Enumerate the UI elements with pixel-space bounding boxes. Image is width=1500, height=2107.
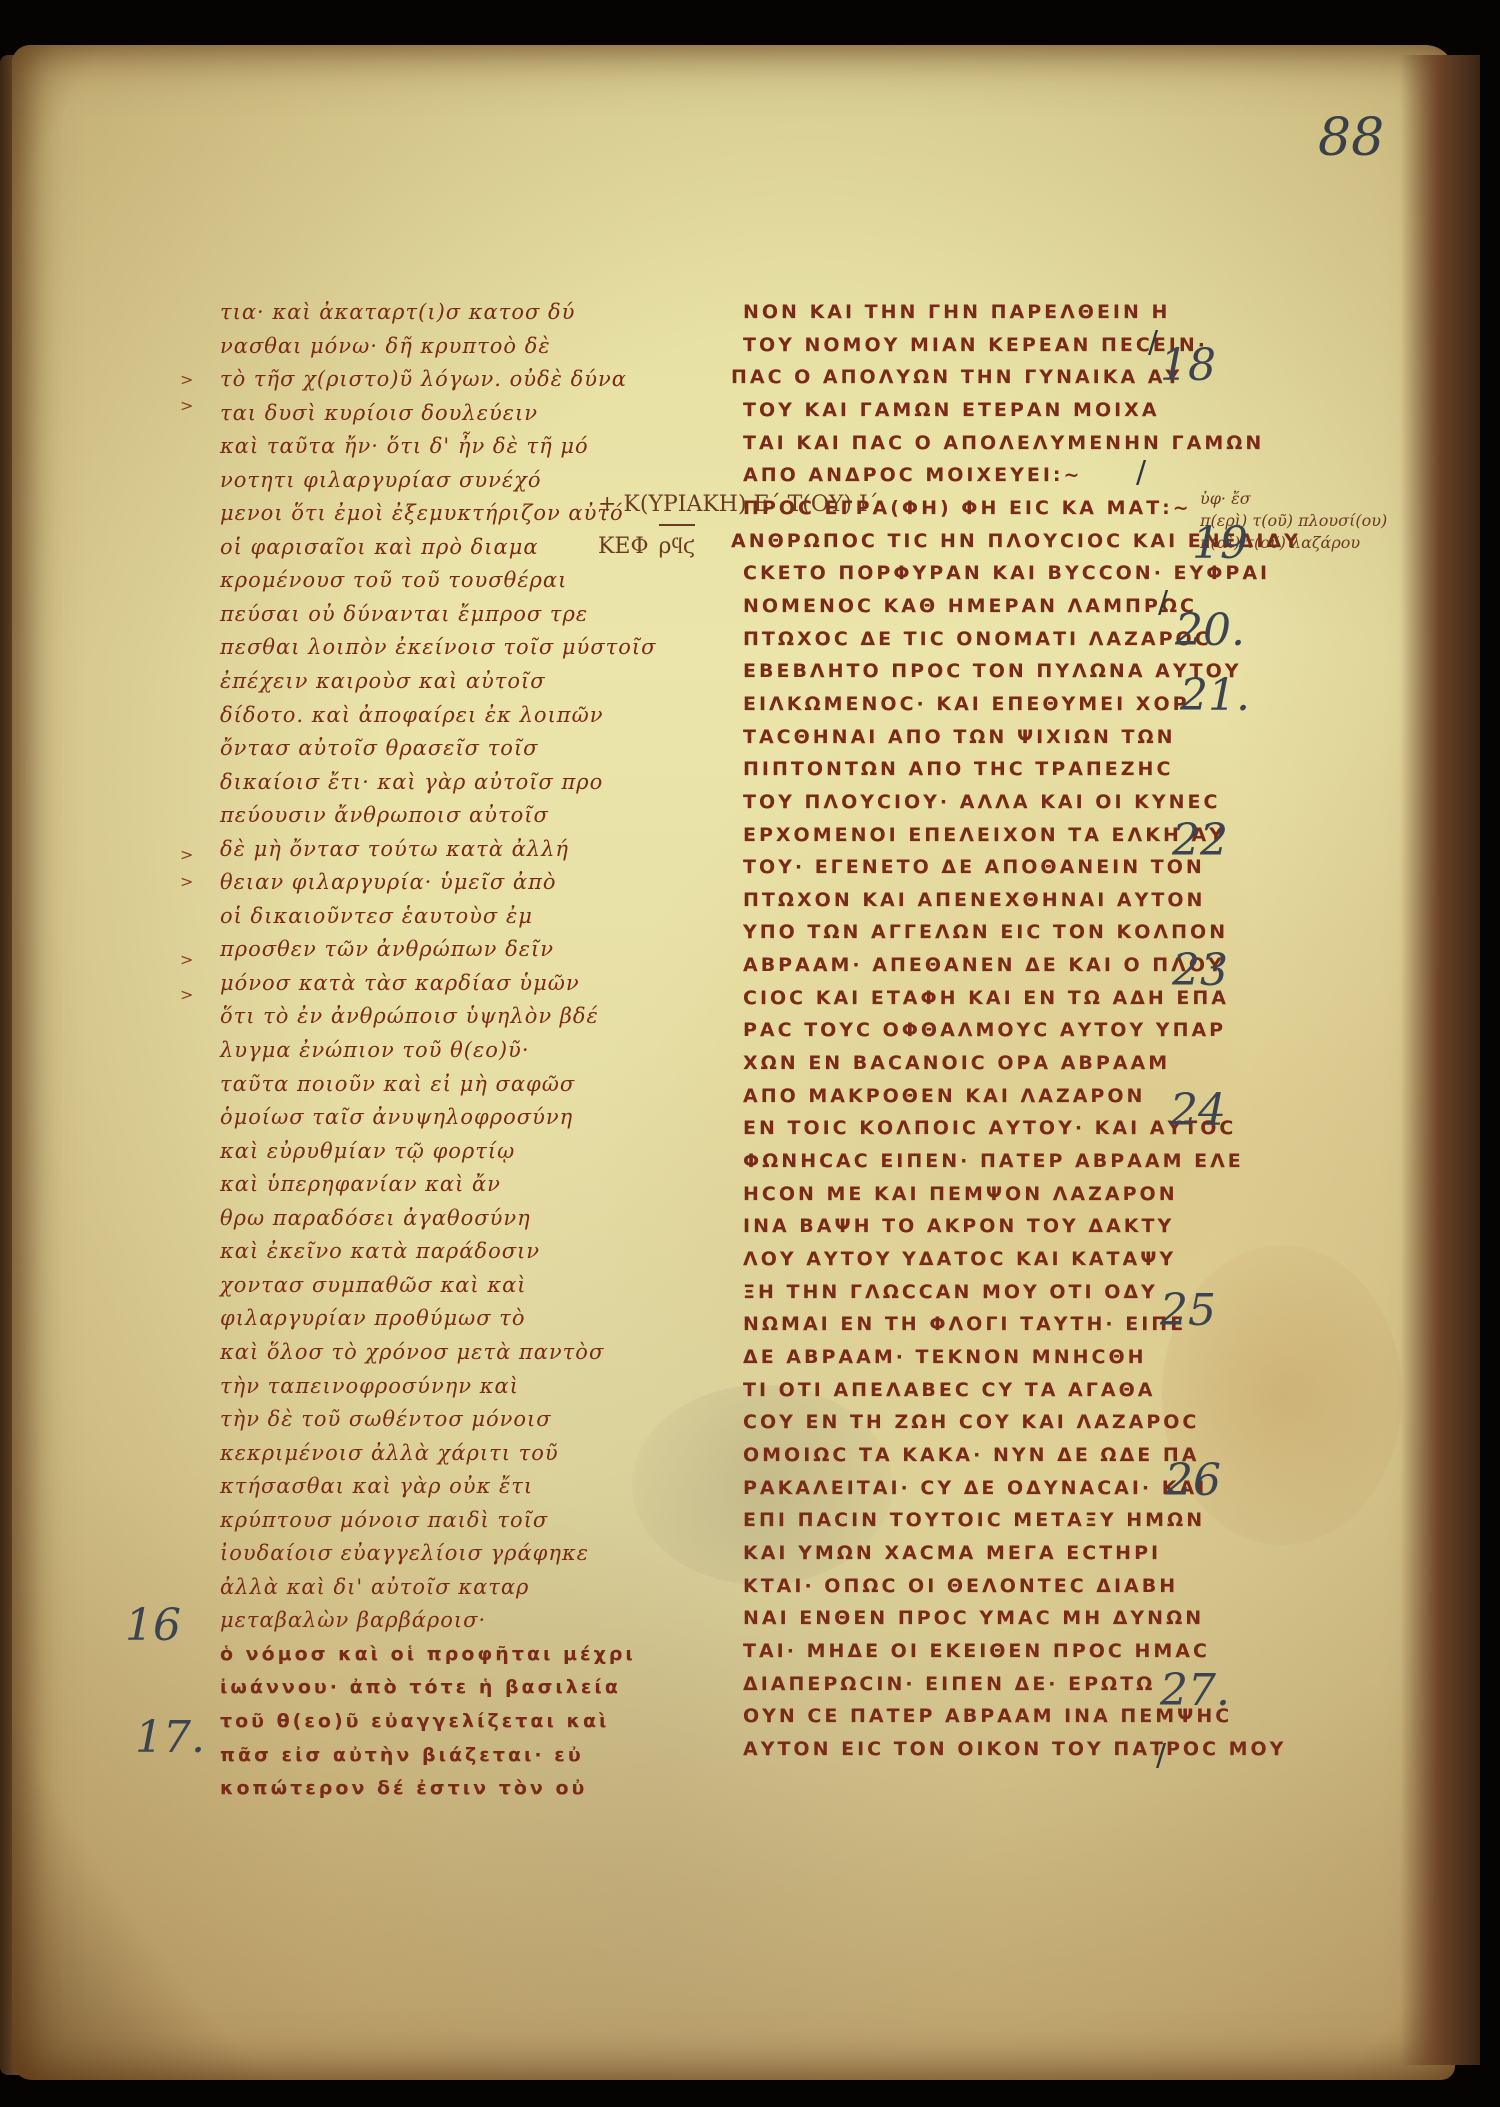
scripture-line: ΔΙΑΠΕΡΩϹΙΝ· ΕΙΠΕΝ ΔΕ· ΕΡΩΤΩ (743, 1668, 1163, 1701)
scripture-line: πᾶσ εἰσ αὐτὴν βιάζεται· εὐ (220, 1739, 600, 1773)
scripture-line: ΤΟΥ ΠΛΟΥϹΙΟΥ· ΑΛΛΑ ΚΑΙ ΟΙ ΚΥΝΕϹ (743, 786, 1163, 819)
commentary-line: καὶ ὑπερηφανίαν καὶ ἄν (220, 1168, 600, 1202)
scripture-line: ΑΥΤΟΝ ΕΙϹ ΤΟΝ ΟΙΚΟΝ ΤΟΥ ΠΑΤΡΟϹ ΜΟΥ (743, 1733, 1163, 1766)
scripture-line: ΦΩΝΗϹΑϹ ΕΙΠΕΝ· ΠΑΤΕΡ ΑΒΡΑΑΜ ΕΛΕ (743, 1145, 1163, 1178)
verse-number: 22 (1172, 815, 1228, 866)
commentary-line: ἰουδαίοισ εὐαγγελίοισ γράφηκε (220, 1537, 600, 1571)
commentary-line: ἐπέχειν καιροὺσ καὶ αὐτοῖσ (220, 665, 600, 699)
scripture-line: ΤΑΙ· ΜΗΔΕ ΟΙ ΕΚΕΙΘΕΝ ΠΡΟϹ ΗΜΑϹ (743, 1635, 1163, 1668)
verse-number: 27. (1160, 1665, 1230, 1716)
commentary-line: ὁμοίωσ ταῖσ ἀνυψηλοφροσύνη (220, 1101, 600, 1135)
commentary-line: δὲ μὴ ὄντασ τούτω κατὰ ἀλλή (220, 833, 600, 867)
lectionary-gloss: + Κ(ΥΡΙΑΚΗ) Ε΄ Τ(ΟΥ) Ι΄ ΚΕΦρϥϛ (598, 486, 879, 566)
verse-number: 17. (135, 1712, 205, 1763)
scripture-line: ΕΙΛΚΩΜΕΝΟϹ· ΚΑΙ ΕΠΕΘΥΜΕΙ ΧΟΡ (743, 688, 1163, 721)
scripture-line: ΤΟΥ ΝΟΜΟΥ ΜΙΑΝ ΚΕΡΕΑΝ ΠΕϹΕΙΝ· (743, 329, 1163, 362)
scripture-line: ΚΑΙ ΥΜΩΝ ΧΑϹΜΑ ΜΕΓΑ ΕϹΤΗΡΙ (743, 1537, 1163, 1570)
scripture-line: ΤΙ ΟΤΙ ΑΠΕΛΑΒΕϹ ϹΥ ΤΑ ΑΓΑΘΑ (743, 1374, 1163, 1407)
commentary-line: καὶ ταῦτα ἤν· ὅτι δ' ἦν δὲ τῆ μό (220, 430, 600, 464)
verse-number: 18 (1160, 340, 1216, 391)
scripture-line: ΕΒΕΒΛΗΤΟ ΠΡΟϹ ΤΟΝ ΠΥΛΩΝΑ ΑΥΤΟΥ (743, 655, 1163, 688)
scripture-line: ΑΠΟ ΜΑΚΡΟΘΕΝ ΚΑΙ ΛΑΖΑΡΟΝ (743, 1080, 1163, 1113)
commentary-line: θειαν φιλαργυρία· ὑμεῖσ ἀπὸ (220, 866, 600, 900)
scripture-line: ΤΑΙ ΚΑΙ ΠΑϹ Ο ΑΠΟΛΕΛΥΜΕΝΗΝ ΓΑΜΩΝ (743, 427, 1163, 460)
verse-number: 21. (1180, 670, 1250, 721)
scripture-line: ΛΟΥ ΑΥΤΟΥ ΥΔΑΤΟϹ ΚΑΙ ΚΑΤΑΨΥ (743, 1243, 1163, 1276)
gloss-number: ρϥϛ (659, 524, 696, 566)
commentary-line: ται δυσὶ κυρίοισ δουλεύειν (220, 397, 600, 431)
scripture-line: τοῦ θ(εο)ῦ εὐαγγελίζεται καὶ (220, 1705, 600, 1739)
commentary-line: ὄντασ αὐτοῖσ θρασεῖσ τοῖσ (220, 732, 600, 766)
commentary-line: τὴν δὲ τοῦ σωθέντοσ μόνοισ (220, 1403, 600, 1437)
commentary-line: πεσθαι λοιπὸν ἐκείνοισ τοῖσ μύστοῖσ (220, 631, 600, 665)
commentary-line: χοντασ συμπαθῶσ καὶ καὶ (220, 1269, 600, 1303)
scripture-line: ΕΝ ΤΟΙϹ ΚΟΛΠΟΙϹ ΑΥΤΟΥ· ΚΑΙ ΑΥΤΟϹ (743, 1112, 1163, 1145)
commentary-line: καὶ ὅλοσ τὸ χρόνοσ μετὰ παντὸσ (220, 1336, 600, 1370)
commentary-line: θρω παραδόσει ἀγαθοσύνη (220, 1202, 600, 1236)
scripture-line: ΞΗ ΤΗΝ ΓΛΩϹϹΑΝ ΜΟΥ ΟΤΙ ΟΔΥ (743, 1276, 1163, 1309)
scripture-line: ΠΑϹ Ο ΑΠΟΛΥΩΝ ΤΗΝ ΓΥΝΑΙΚΑ ΑΥ (731, 361, 1163, 394)
scripture-line: κοπώτερον δέ ἐστιν τὸν οὐ (220, 1772, 600, 1806)
verse-number: 23 (1172, 945, 1228, 996)
commentary-line: λυγμα ἐνώπιον τοῦ θ(εο)ῦ· (220, 1034, 600, 1068)
scripture-line: ΡΑϹ ΤΟΥϹ ΟΦΘΑΛΜΟΥϹ ΑΥΤΟΥ ΥΠΑΡ (743, 1014, 1163, 1047)
commentary-line: οἱ δικαιοῦντεσ ἑαυτοὺσ ἐμ (220, 900, 600, 934)
scripture-line: ΤΑϹΘΗΝΑΙ ΑΠΟ ΤΩΝ ΨΙΧΙΩΝ ΤΩΝ (743, 721, 1163, 754)
scripture-line: ΙΝΑ ΒΑΨΗ ΤΟ ΑΚΡΟΝ ΤΟΥ ΔΑΚΤΥ (743, 1210, 1163, 1243)
scripture-line: ΝΩΜΑΙ ΕΝ ΤΗ ΦΛΟΓΙ ΤΑΥΤΗ· ΕΙΠΕ (743, 1308, 1163, 1341)
margin-tick: / (1148, 325, 1158, 360)
scripture-line: ἰωάννου· ἀπὸ τότε ἡ βασιλεία (220, 1671, 600, 1705)
scripture-line: ΔΕ ΑΒΡΑΑΜ· ΤΕΚΝΟΝ ΜΝΗϹΘΗ (743, 1341, 1163, 1374)
commentary-line: κρομένουσ τοῦ τοῦ τουσθέραι (220, 564, 600, 598)
margin-tick: / (1156, 1738, 1166, 1773)
commentary-line: πεύσαι οὐ δύνανται ἔμπροσ τρε (220, 598, 600, 632)
scripture-line: ΟΥΝ ϹΕ ΠΑΤΕΡ ΑΒΡΑΑΜ ΙΝΑ ΠΕΜΨΗϹ (743, 1700, 1163, 1733)
commentary-line: κεκριμένοισ ἀλλὰ χάριτι τοῦ (220, 1437, 600, 1471)
quotation-marker: > (180, 872, 193, 891)
commentary-line: προσθεν τῶν ἀνθρώπων δεῖν (220, 933, 600, 967)
scripture-line: ΝΟΜΕΝΟϹ ΚΑΘ ΗΜΕΡΑΝ ΛΑΜΠΡΩϹ (743, 590, 1163, 623)
margin-tick: / (1136, 455, 1146, 490)
commentary-line: τια· καὶ ἀκαταρτ(ι)σ κατοσ δύ (220, 296, 600, 330)
verse-number: 25 (1160, 1285, 1216, 1336)
commentary-line: ταῦτα ποιοῦν καὶ εἰ μὴ σαφῶσ (220, 1068, 600, 1102)
folio-number: 88 (1318, 108, 1384, 168)
scripture-line: ὁ νόμοσ καὶ οἱ προφῆται μέχρι (220, 1638, 600, 1672)
commentary-line: πεύουσιν ἄνθρωποισ αὐτοῖσ (220, 799, 600, 833)
verse-number: 16 (125, 1600, 181, 1651)
verse-number: 24 (1170, 1085, 1226, 1136)
quotation-marker: > (180, 396, 193, 415)
commentary-line: μενοι ὅτι ἐμοὶ ἐξεμυκτήριζον αὐτό (220, 497, 600, 531)
commentary-line: κτήσασθαι καὶ γὰρ οὐκ ἔτι (220, 1470, 600, 1504)
gloss-line: ὑφ· ἔσ (1200, 488, 1387, 510)
commentary-line: φιλαργυρίαν προθύμωσ τὸ (220, 1302, 600, 1336)
margin-tick: / (1158, 585, 1168, 620)
scripture-line: ΡΑΚΑΛΕΙΤΑΙ· ϹΥ ΔΕ ΟΔΥΝΑϹΑΙ· ΚΑΙ (743, 1472, 1163, 1505)
scripture-line: ΧΩΝ ΕΝ ΒΑϹΑΝΟΙϹ ΟΡΑ ΑΒΡΑΑΜ (743, 1047, 1163, 1080)
scripture-line: ΥΠΟ ΤΩΝ ΑΓΓΕΛΩΝ ΕΙϹ ΤΟΝ ΚΟΛΠΟΝ (743, 916, 1163, 949)
scripture-line: ΑΒΡΑΑΜ· ΑΠΕΘΑΝΕΝ ΔΕ ΚΑΙ Ο ΠΛΟΥ (743, 949, 1163, 982)
scripture-line: ΚΤΑΙ· ΟΠΩϹ ΟΙ ΘΕΛΟΝΤΕϹ ΔΙΑΒΗ (743, 1570, 1163, 1603)
scripture-line: ΤΟΥ· ΕΓΕΝΕΤΟ ΔΕ ΑΠΟΘΑΝΕΙΝ ΤΟΝ (743, 851, 1163, 884)
scripture-line: ΠΤΩΧΟϹ ΔΕ ΤΙϹ ΟΝΟΜΑΤΙ ΛΑΖΑΡΟϹ (743, 623, 1163, 656)
scripture-line: ΕΠΙ ΠΑϹΙΝ ΤΟΥΤΟΙϹ ΜΕΤΑΞΥ ΗΜΩΝ (743, 1504, 1163, 1537)
left-column-commentary: τια· καὶ ἀκαταρτ(ι)σ κατοσ δύνασθαι μόνω… (220, 296, 600, 1806)
commentary-line: μόνοσ κατὰ τὰσ καρδίασ ὑμῶν (220, 967, 600, 1001)
scripture-line: ΠΤΩΧΟΝ ΚΑΙ ΑΠΕΝΕΧΘΗΝΑΙ ΑΥΤΟΝ (743, 884, 1163, 917)
quotation-marker: > (180, 950, 193, 969)
scripture-line: ΝΟΝ ΚΑΙ ΤΗΝ ΓΗΝ ΠΑΡΕΛΘΕΙΝ Η (743, 296, 1163, 329)
verse-number: 26 (1165, 1455, 1221, 1506)
commentary-line: νοτητι φιλαργυρίασ συνέχό (220, 464, 600, 498)
verse-number: 19 (1192, 518, 1248, 569)
scripture-line: ΕΡΧΟΜΕΝΟΙ ΕΠΕΛΕΙΧΟΝ ΤΑ ΕΛΚΗ ΑΥ (743, 819, 1163, 852)
quotation-marker: > (180, 845, 193, 864)
scripture-line: ΠΙΠΤΟΝΤΩΝ ΑΠΟ ΤΗϹ ΤΡΑΠΕΖΗϹ (743, 753, 1163, 786)
commentary-line: οἱ φαρισαῖοι καὶ πρὸ διαμα (220, 531, 600, 565)
commentary-line: κρύπτουσ μόνοισ παιδὶ τοῖσ (220, 1504, 600, 1538)
commentary-line: καὶ ἐκεῖνο κατὰ παράδοσιν (220, 1235, 600, 1269)
gloss-kephalaion: ΚΕΦ (598, 534, 649, 559)
page-edge (1400, 55, 1480, 2065)
commentary-line: ὅτι τὸ ἐν ἀνθρώποισ ὑψηλὸν βδέ (220, 1000, 600, 1034)
scripture-line: ϹΙΟϹ ΚΑΙ ΕΤΑΦΗ ΚΑΙ ΕΝ ΤΩ ΑΔΗ ΕΠΑ (743, 982, 1163, 1015)
commentary-line: καὶ εὐρυθμίαν τῷ φορτίῳ (220, 1135, 600, 1169)
scripture-line: ϹΟΥ ΕΝ ΤΗ ΖΩΗ ϹΟΥ ΚΑΙ ΛΑΖΑΡΟϹ (743, 1406, 1163, 1439)
scripture-line: ΗϹΟΝ ΜΕ ΚΑΙ ΠΕΜΨΟΝ ΛΑΖΑΡΟΝ (743, 1178, 1163, 1211)
commentary-line: νασθαι μόνω· δῆ κρυπτοὸ δὲ (220, 330, 600, 364)
quotation-marker: > (180, 985, 193, 1004)
commentary-line: ἀλλὰ καὶ δι' αὐτοῖσ καταρ (220, 1571, 600, 1605)
scripture-line: ΝΑΙ ΕΝΘΕΝ ΠΡΟϹ ΥΜΑϹ ΜΗ ΔΥΝΩΝ (743, 1602, 1163, 1635)
commentary-line: τὴν ταπεινοφροσύνην καὶ (220, 1370, 600, 1404)
commentary-line: δικαίοισ ἔτι· καὶ γὰρ αὐτοῖσ προ (220, 766, 600, 800)
verse-number: 20. (1175, 605, 1245, 656)
commentary-line: μεταβαλὼν βαρβάροισ· (220, 1604, 600, 1638)
gloss-line: + Κ(ΥΡΙΑΚΗ) Ε΄ Τ(ΟΥ) Ι΄ (598, 486, 879, 524)
quotation-marker: > (180, 370, 193, 389)
scripture-line: ΤΟΥ ΚΑΙ ΓΑΜΩΝ ΕΤΕΡΑΝ ΜΟΙΧΑ (743, 394, 1163, 427)
commentary-line: δίδοτο. καὶ ἀποφαίρει ἐκ λοιπῶν (220, 699, 600, 733)
commentary-line: τὸ τῆσ χ(ριστο)ῦ λόγων. οὐδὲ δύνα (220, 363, 600, 397)
scripture-line: ΟΜΟΙΩϹ ΤΑ ΚΑΚΑ· ΝΥΝ ΔΕ ΩΔΕ ΠΑ (743, 1439, 1163, 1472)
